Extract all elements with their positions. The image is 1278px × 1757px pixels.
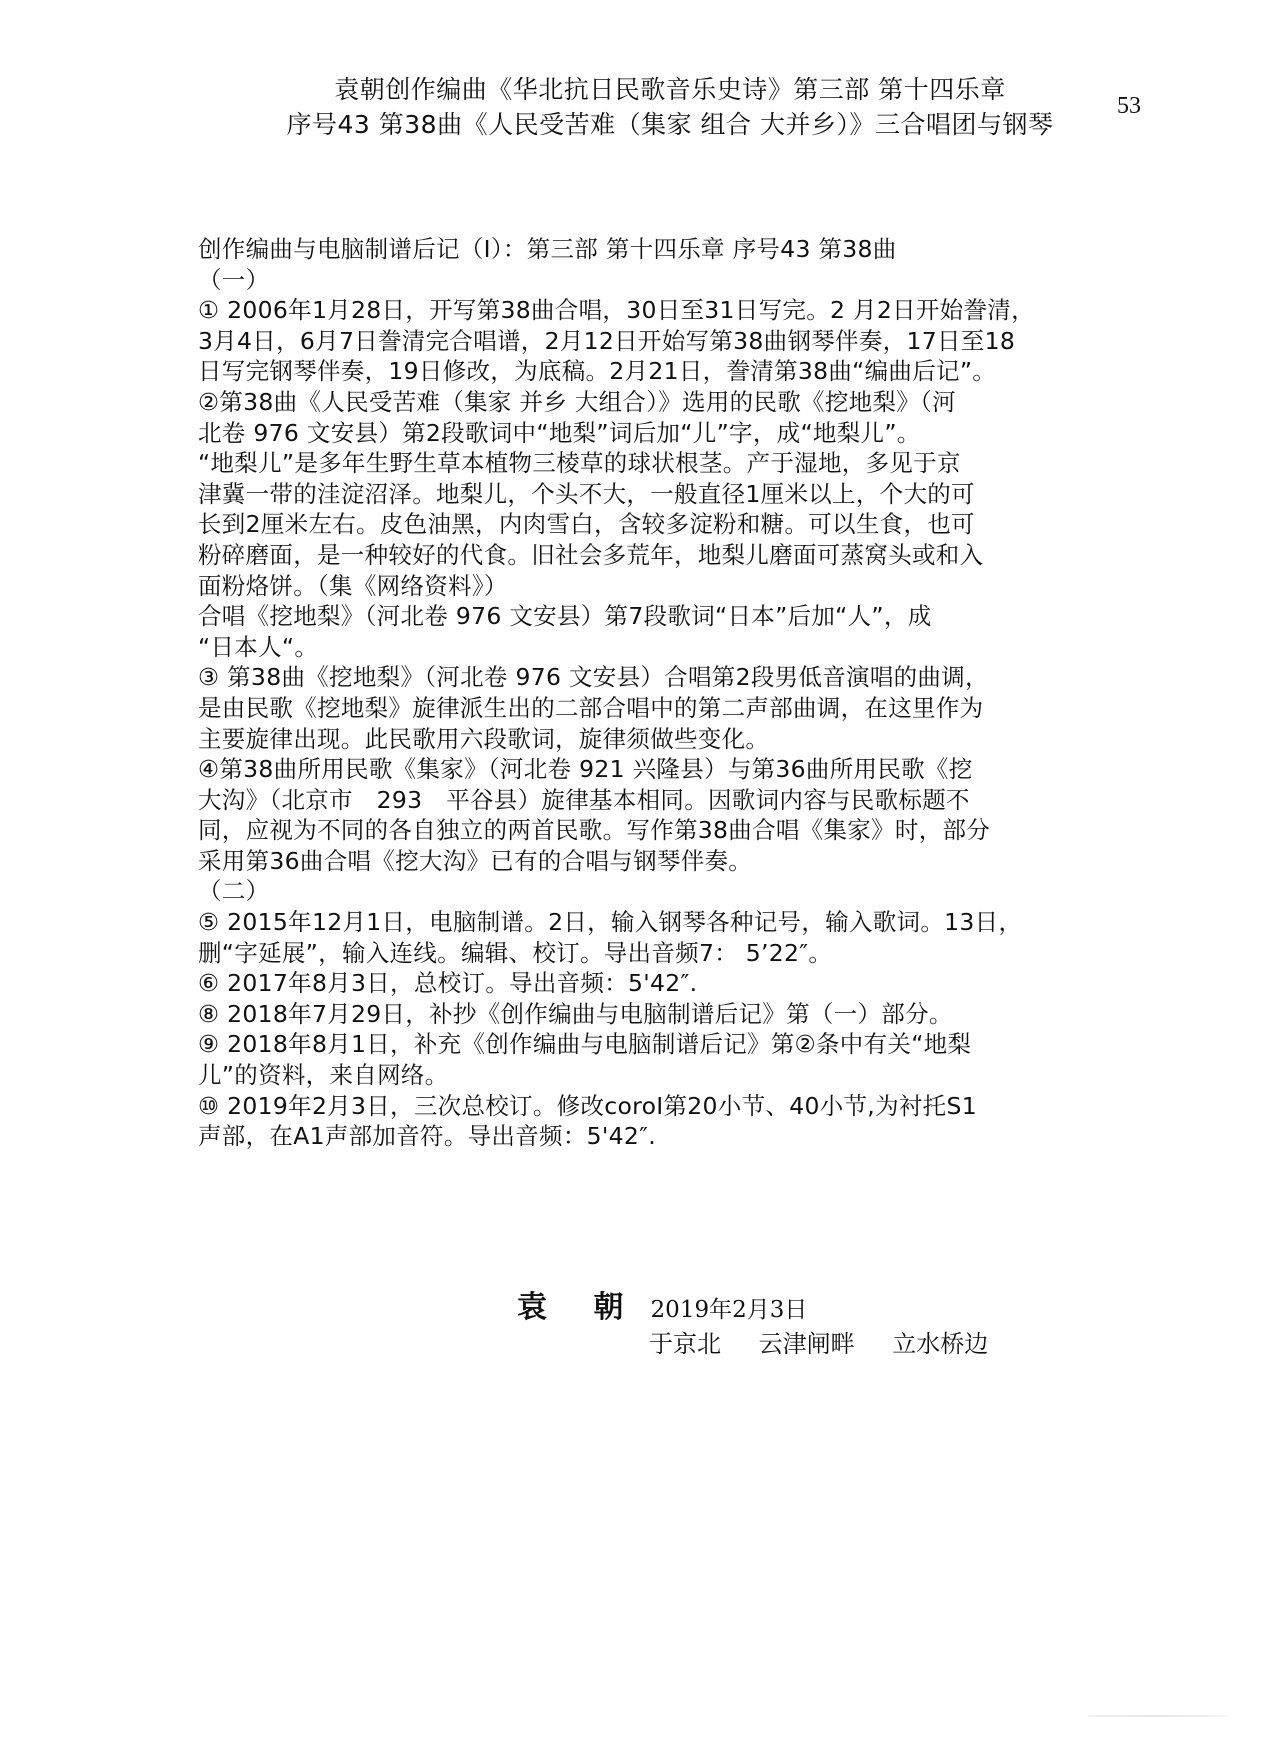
body-line: 删“字延展”，输入连线。编辑、校订。导出音频7： 5’22″。 [198,938,1158,969]
signature-block: 袁 朝 2019年2月3日 于京北 云津闸畔 立水桥边 [517,1282,807,1326]
afterword-heading: 创作编曲与电脑制谱后记（Ⅰ）：第三部 第十四乐章 序号43 第38曲 [198,234,1158,265]
body-line: ① 2006年1月28日，开写第38曲合唱，30日至31日写完。2 月2日开始誊… [198,295,1158,326]
body-line: 粉碎磨面，是一种较好的代食。旧社会多荒年，地梨儿磨面可蒸窝头或和入 [198,540,1158,571]
body-line: ④第38曲所用民歌《集家》（河北卷 921 兴隆县）与第36曲所用民歌《挖 [198,754,1158,785]
body-line: 津冀一带的洼淀沼泽。地梨儿，个头不大，一般直径1厘米以上，个大的可 [198,479,1158,510]
body-line: ⑥ 2017年8月3日，总校订。导出音频：5'42″. [198,968,1158,999]
body-line: ②第38曲《人民受苦难（集家 并乡 大组合）》选用的民歌《挖地梨》（河 [198,387,1158,418]
page-number: 53 [1117,93,1141,120]
body-line: 是由民歌《挖地梨》旋律派生出的二部合唱中的第二声部曲调，在这里作为 [198,693,1158,724]
body-line: 日写完钢琴伴奏，19日修改，为底稿。2月21日，誊清第38曲“编曲后记”。 [198,356,1158,387]
body-line: 合唱《挖地梨》（河北卷 976 文安县）第7段歌词“日本”后加“人”，成 [198,601,1158,632]
header-title-line-1: 袁朝创作编曲《华北抗日民歌音乐史诗》第三部 第十四乐章 [230,72,1110,107]
section-label-two: （二） [198,876,1158,907]
place-part: 于京北 [649,1330,721,1358]
body-line: 采用第36曲合唱《挖大沟》已有的合唱与钢琴伴奏。 [198,846,1158,877]
scan-artifact [1088,1715,1228,1717]
body-line: ⑤ 2015年12月1日，电脑制谱。2日，输入钢琴各种记号，输入歌词。13日， [198,907,1158,938]
body-line: “地梨儿”是多年生野生草本植物三棱草的球状根茎。产于湿地，多见于京 [198,448,1158,479]
page-header: 袁朝创作编曲《华北抗日民歌音乐史诗》第三部 第十四乐章 序号43 第38曲《人民… [230,72,1110,142]
body-line: 同，应视为不同的各自独立的两首民歌。写作第38曲合唱《集家》时，部分 [198,815,1158,846]
body-line: 声部，在A1声部加音符。导出音频：5'42″. [198,1121,1158,1152]
afterword-body: 创作编曲与电脑制谱后记（Ⅰ）：第三部 第十四乐章 序号43 第38曲 （一） ①… [198,234,1158,1152]
place-part: 立水桥边 [892,1330,988,1358]
body-line: 北卷 976 文安县）第2段歌词中“地梨”词后加“儿”字，成“地梨儿”。 [198,418,1158,449]
author-name: 袁 朝 [517,1290,641,1325]
signature-place: 于京北 云津闸畔 立水桥边 [649,1324,1018,1359]
body-line: 长到2厘米左右。皮色油黑，内肉雪白，含较多淀粉和糖。可以生食，也可 [198,509,1158,540]
body-line: ③ 第38曲《挖地梨》（河北卷 976 文安县）合唱第2段男低音演唱的曲调， [198,662,1158,693]
body-line: 面粉烙饼。（集《网络资料》） [198,571,1158,602]
place-part: 云津闸畔 [759,1330,855,1358]
signature-date: 2019年2月3日 [651,1297,808,1323]
body-line: “日本人“。 [198,632,1158,663]
header-title-line-2: 序号43 第38曲《人民受苦难（集家 组合 大并乡）》三合唱团与钢琴 [230,107,1110,142]
body-line: 主要旋律出现。此民歌用六段歌词，旋律须做些变化。 [198,724,1158,755]
body-line: 3月4日，6月7日誊清完合唱谱，2月12日开始写第38曲钢琴伴奏，17日至18 [198,326,1158,357]
body-line: ⑧ 2018年7月29日，补抄《创作编曲与电脑制谱后记》第（一）部分。 [198,999,1158,1030]
body-line: ⑨ 2018年8月1日，补充《创作编曲与电脑制谱后记》第②条中有关“地梨 [198,1029,1158,1060]
body-line: ⑩ 2019年2月3日，三次总校订。修改coroⅠ第20小节、40小节,为衬托S… [198,1091,1158,1122]
body-line: 儿”的资料，来自网络。 [198,1060,1158,1091]
body-line: 大沟》（北京市 293 平谷县）旋律基本相同。因歌词内容与民歌标题不 [198,785,1158,816]
section-label-one: （一） [198,265,1158,296]
